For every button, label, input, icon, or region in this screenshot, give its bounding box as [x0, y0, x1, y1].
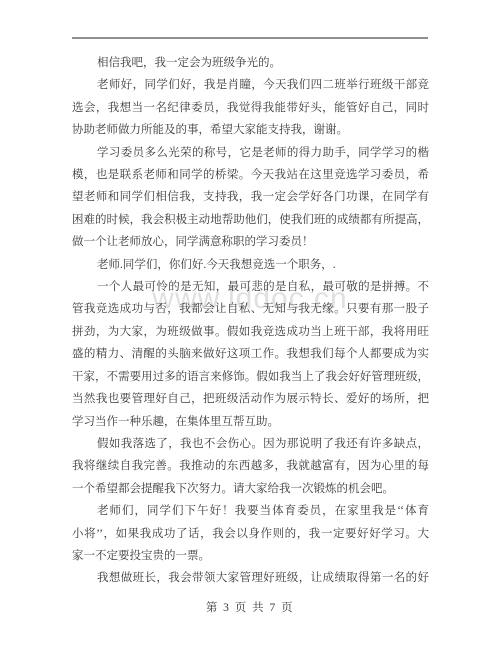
- text-line: 盛的精力、清醒的头脑来做好这项工作。我想我们每个人都要成为实: [72, 343, 429, 365]
- text-line: 我想做班长，我会带领大家管理好班级，让成绩取得第一名的好: [72, 567, 429, 589]
- text-line: 模，也是联系老师和同学的桥梁。今天我站在这里竞选学习委员，希: [72, 164, 429, 186]
- text-line: 选会，我想当一名纪律委员，我觉得我能带好头，能管好自己，同时: [72, 97, 429, 119]
- text-line: 老师好，同学们好，我是肖瞳，今天我们四二班举行班级干部竞: [72, 74, 429, 96]
- text-line: 假如我落选了，我也不会伤心。因为那说明了我还有许多缺点，: [72, 433, 429, 455]
- text-line: 当然我也要管理好自己，把班级活动作为展示特长、爱好的场所，把: [72, 388, 429, 410]
- text-line: 老师们，同学们下午好！我要当体育委员，在家里我是‘‘体育: [72, 500, 429, 522]
- text-line: 干家，不需要用过多的语言来修饰。假如我当上了我会好好管理班级，: [72, 366, 429, 388]
- document-body: 相信我吧，我一定会为班级争光的。老师好，同学们好，我是肖瞳，今天我们四二班举行班…: [72, 52, 429, 590]
- text-line: 老师.同学们，你们好.今天我想竞选一个职务，.: [72, 254, 429, 276]
- text-line: 管我竞选成功与否，我都会让自私、无知与我无缘。只要有那一股子: [72, 298, 429, 320]
- text-line: 学习当作一种乐趣，在集体里互帮互助。: [72, 411, 429, 433]
- text-line: 我将继续自我完善。我推动的东西越多，我就越富有，因为心里的每: [72, 455, 429, 477]
- text-line: 一个希望都会提醒我下次努力。请大家给我一次锻炼的机会吧。: [72, 478, 429, 500]
- text-line: 家一不定要投宝贵的一票。: [72, 545, 429, 567]
- text-line: 困难的时候，我会积极主动地帮助他们，使我们班的成绩都有所提高，: [72, 209, 429, 231]
- text-line: 学习委员多么光荣的称号，它是老师的得力助手，同学学习的楷: [72, 142, 429, 164]
- text-line: 协助老师做力所能及的事，希望大家能支持我，谢谢。: [72, 119, 429, 141]
- text-line: 做一个让老师放心，同学满意称职的学习委员！: [72, 231, 429, 253]
- text-line: 相信我吧，我一定会为班级争光的。: [72, 52, 429, 74]
- header-divider: [72, 37, 428, 39]
- text-line: 小将’’，如果我成功了话，我会以身作则的，我一定要好好学习。大: [72, 523, 429, 545]
- document-page: www.lddoc.cn 相信我吧，我一定会为班级争光的。老师好，同学们好，我是…: [0, 0, 500, 648]
- text-line: 拼劲，为大家，为班级做事。假如我竞选成功当上班干部，我将用旺: [72, 321, 429, 343]
- text-line: 望老师和同学们相信我，支持我，我一定会学好各门功课，在同学有: [72, 186, 429, 208]
- page-footer: 第 3 页 共 7 页: [0, 599, 500, 615]
- text-line: 一个人最可怜的是无知，最可悲的是自私，最可敬的是拼搏。不: [72, 276, 429, 298]
